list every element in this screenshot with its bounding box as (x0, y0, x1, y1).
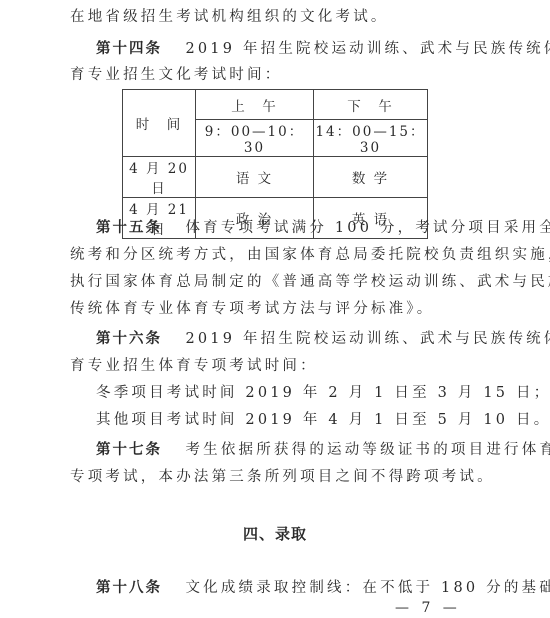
article-text: 2019 年招生院校运动训练、武术与民族传统体 (185, 41, 550, 57)
article-15-line-4: 传统体育专业体育专项考试方法与评分标准》。 (70, 300, 434, 318)
article-16-line-3: 冬季项目考试时间 2019 年 2 月 1 日至 3 月 15 日； (96, 384, 550, 402)
article-label: 第十六条 (96, 331, 162, 347)
header-time-cell: 时 间 (123, 90, 196, 157)
article-label: 第十五条 (96, 220, 162, 236)
section-heading: 四、录取 (0, 523, 550, 544)
page-number: — 7 — (395, 600, 461, 616)
article-text: 文化成绩录取控制线：在不低于 180 分的基础 (185, 580, 550, 596)
article-17-line-2: 专项考试，本办法第三条所列项目之间不得跨项考试。 (70, 468, 495, 486)
am-subject-cell: 语 文 (196, 157, 314, 198)
header-am-cell: 上 午 (196, 90, 314, 120)
article-label: 第十七条 (96, 442, 162, 458)
article-text: 考生依据所获得的运动等级证书的项目进行体育 (185, 442, 550, 458)
article-15-line-1: 第十五条 体育专项考试满分 100 分，考试分项目采用全国 (96, 219, 550, 237)
article-14-line-1: 第十四条 2019 年招生院校运动训练、武术与民族传统体 (96, 40, 550, 58)
paragraph-line: 在地省级招生考试机构组织的文化考试。 (70, 8, 389, 26)
pm-time-cell: 14：00—15：30 (314, 120, 428, 157)
article-label: 第十四条 (96, 41, 162, 57)
article-14-line-2: 育专业招生文化考试时间： (70, 66, 282, 84)
article-label: 第十八条 (96, 580, 162, 596)
article-16-line-2: 育专业招生体育专项考试时间： (70, 357, 318, 375)
exam-schedule-table: 时 间 上 午 下 午 9：00—10：30 14：00—15：30 4 月 2… (122, 89, 428, 239)
article-text: 2019 年招生院校运动训练、武术与民族传统体 (185, 331, 550, 347)
article-17-line-1: 第十七条 考生依据所获得的运动等级证书的项目进行体育 (96, 441, 550, 459)
table-row: 4 月 20 日 语 文 数 学 (123, 157, 428, 198)
header-pm-cell: 下 午 (314, 90, 428, 120)
pm-subject-cell: 数 学 (314, 157, 428, 198)
article-18-line-1: 第十八条 文化成绩录取控制线：在不低于 180 分的基础 (96, 579, 550, 597)
article-text: 体育专项考试满分 100 分，考试分项目采用全国 (185, 220, 550, 236)
date-cell: 4 月 20 日 (123, 157, 196, 198)
article-16-line-1: 第十六条 2019 年招生院校运动训练、武术与民族传统体 (96, 330, 550, 348)
article-16-line-4: 其他项目考试时间 2019 年 4 月 1 日至 5 月 10 日。 (96, 411, 550, 429)
article-15-line-3: 执行国家体育总局制定的《普通高等学校运动训练、武术与民族 (70, 273, 550, 291)
am-time-cell: 9：00—10：30 (196, 120, 314, 157)
article-15-line-2: 统考和分区统考方式，由国家体育总局委托院校负责组织实施， (70, 246, 550, 264)
